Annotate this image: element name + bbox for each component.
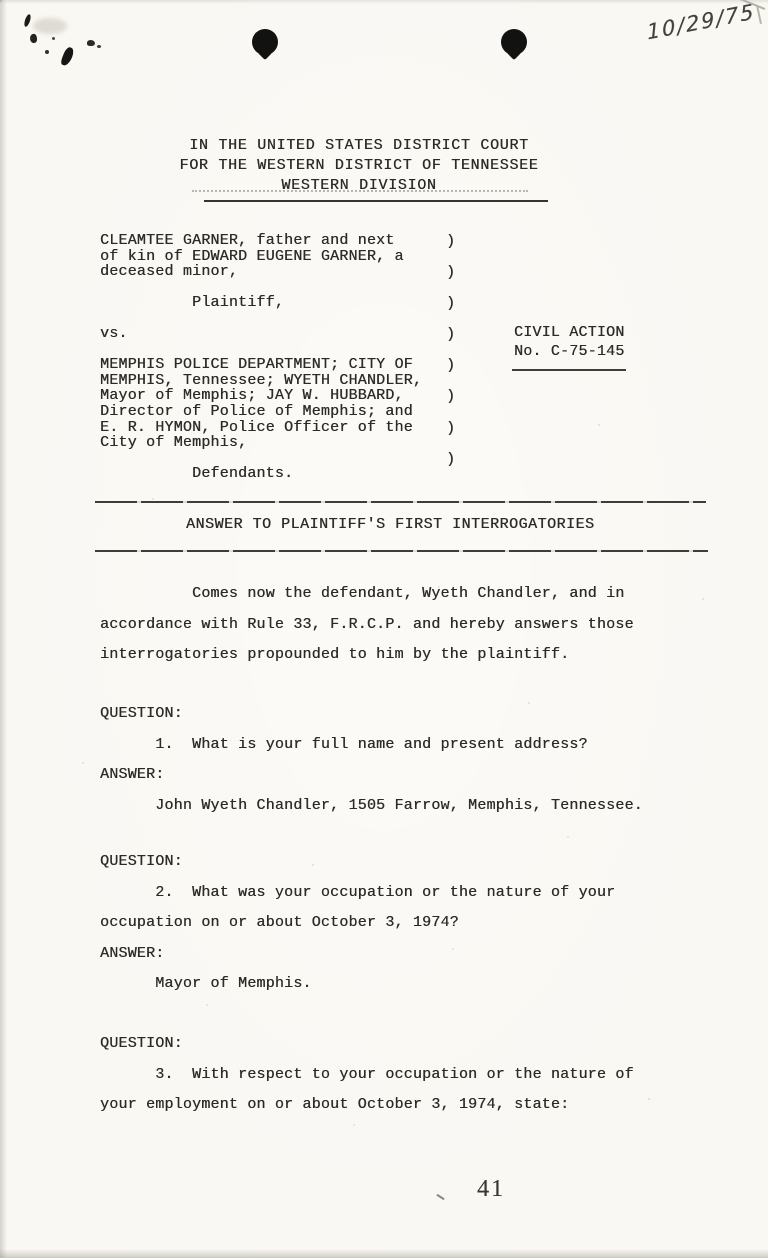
caption-paren-column: ) ) ) ) ) ) ) )	[446, 226, 455, 475]
title-rule-top	[95, 501, 706, 503]
qa-section-2: QUESTION: 2. What was your occupation or…	[100, 847, 615, 1000]
ink-smudge	[52, 37, 55, 40]
qa-section-1: QUESTION: 1. What is your full name and …	[100, 699, 643, 821]
civil-action-underline	[512, 369, 626, 371]
opening-paragraph: Comes now the defendant, Wyeth Chandler,…	[100, 579, 634, 671]
answer-text: John Wyeth Chandler, 1505 Farrow, Memphi…	[100, 791, 643, 822]
civil-action-number: CIVIL ACTION No. C-75-145	[514, 323, 624, 361]
question-text: 3. With respect to your occupation or th…	[100, 1060, 634, 1121]
stray-pen-tick	[436, 1194, 445, 1200]
hole-punch-icon	[501, 29, 527, 55]
court-heading: IN THE UNITED STATES DISTRICT COURT FOR …	[134, 136, 584, 195]
question-text: 2. What was your occupation or the natur…	[100, 878, 615, 939]
question-label: QUESTION:	[100, 1029, 634, 1060]
page-number: 41	[477, 1176, 505, 1202]
party-caption: CLEAMTEE GARNER, father and next of kin …	[100, 233, 422, 482]
ink-smudge	[33, 18, 67, 34]
question-label: QUESTION:	[100, 847, 615, 878]
ink-smudge	[87, 40, 95, 46]
hole-punch-icon	[252, 29, 278, 55]
qa-section-3: QUESTION: 3. With respect to your occupa…	[100, 1029, 634, 1121]
heading-underline-rule	[204, 200, 548, 202]
answer-text: Mayor of Memphis.	[100, 969, 615, 1000]
question-text: 1. What is your full name and present ad…	[100, 730, 643, 761]
answer-label: ANSWER:	[100, 760, 643, 791]
scan-noise-speckles	[0, 0, 2, 2]
heading-dotted-rule	[192, 190, 528, 192]
ink-smudge	[23, 14, 32, 28]
document-title: ANSWER TO PLAINTIFF'S FIRST INTERROGATOR…	[186, 516, 595, 533]
ink-smudge	[29, 33, 38, 43]
handwritten-date: 10/29/75	[646, 1, 756, 43]
ink-smudge	[97, 45, 101, 48]
question-label: QUESTION:	[100, 699, 643, 730]
ink-smudge	[60, 46, 75, 67]
answer-label: ANSWER:	[100, 939, 615, 970]
ink-smudge	[45, 50, 49, 54]
title-rule-bottom	[95, 550, 708, 552]
scanned-legal-document-page: 10/29/75 IN THE UNITED STATES DISTRICT C…	[0, 0, 768, 1258]
